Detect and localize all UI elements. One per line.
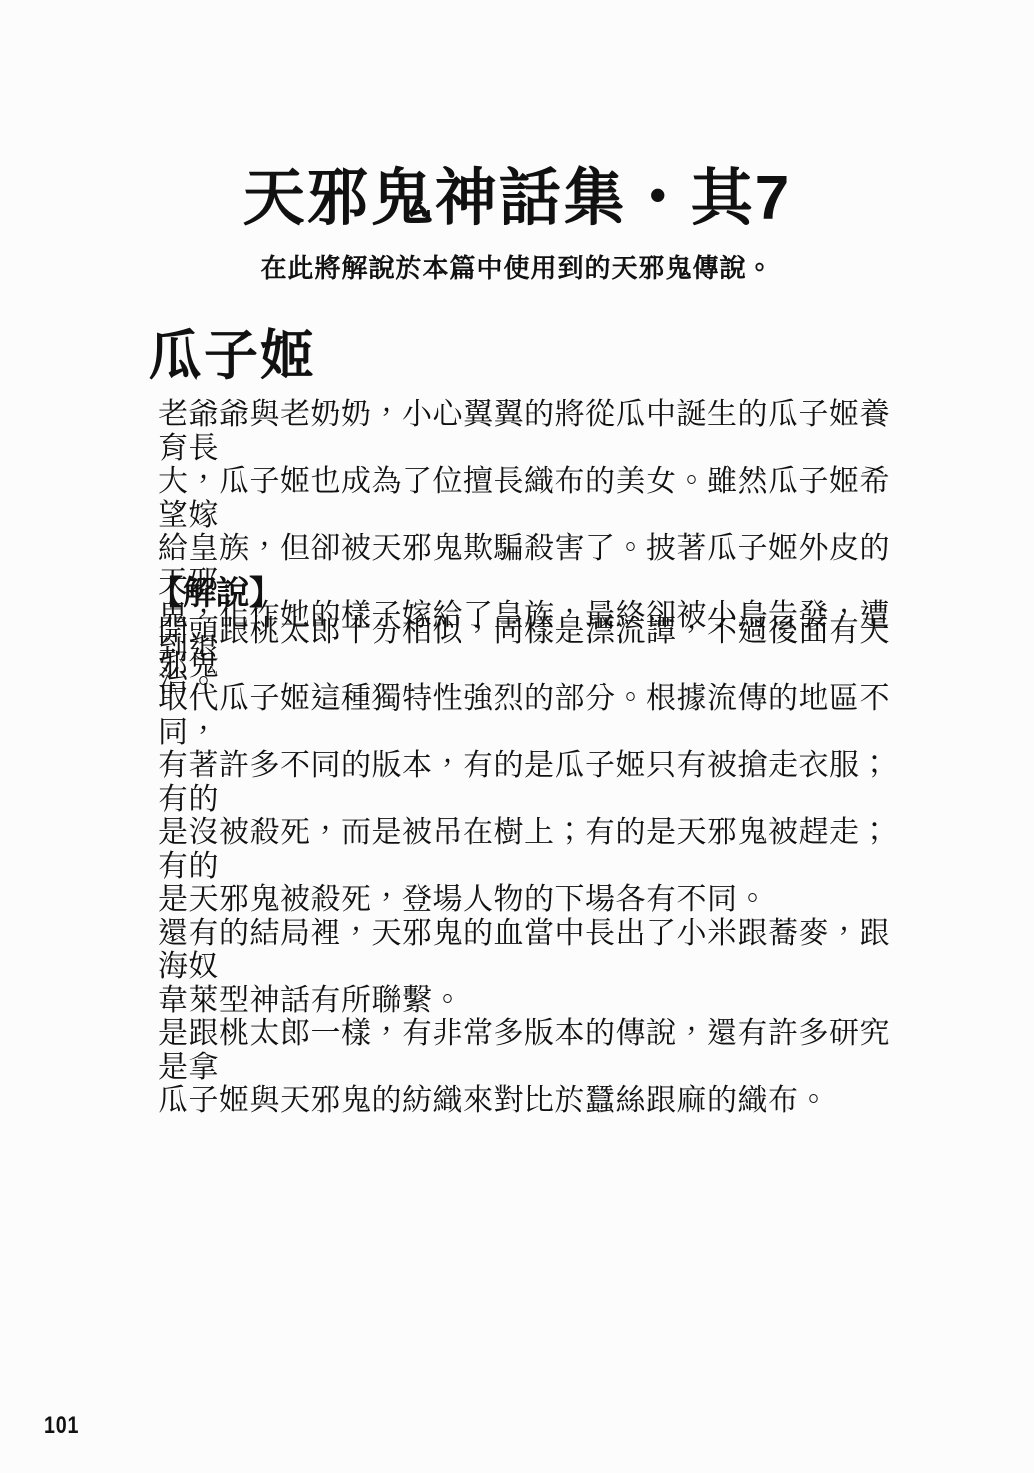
page-number: 101 — [44, 1412, 79, 1440]
document-page: 天邪鬼神話集・其7 在此將解說於本篇中使用到的天邪鬼傳說。 瓜子姬 老爺爺與老奶… — [0, 0, 1034, 1473]
page-title: 天邪鬼神話集・其7 — [0, 165, 1034, 233]
commentary-paragraph: 開頭跟桃太郎十分相似，同樣是漂流譚，不過後面有天邪鬼 取代瓜子姬這種獨特性強烈的… — [158, 615, 890, 1118]
page-subtitle: 在此將解說於本篇中使用到的天邪鬼傳說。 — [0, 252, 1034, 285]
commentary-heading: 【解說】 — [150, 576, 282, 609]
section-heading: 瓜子姬 — [148, 329, 316, 383]
